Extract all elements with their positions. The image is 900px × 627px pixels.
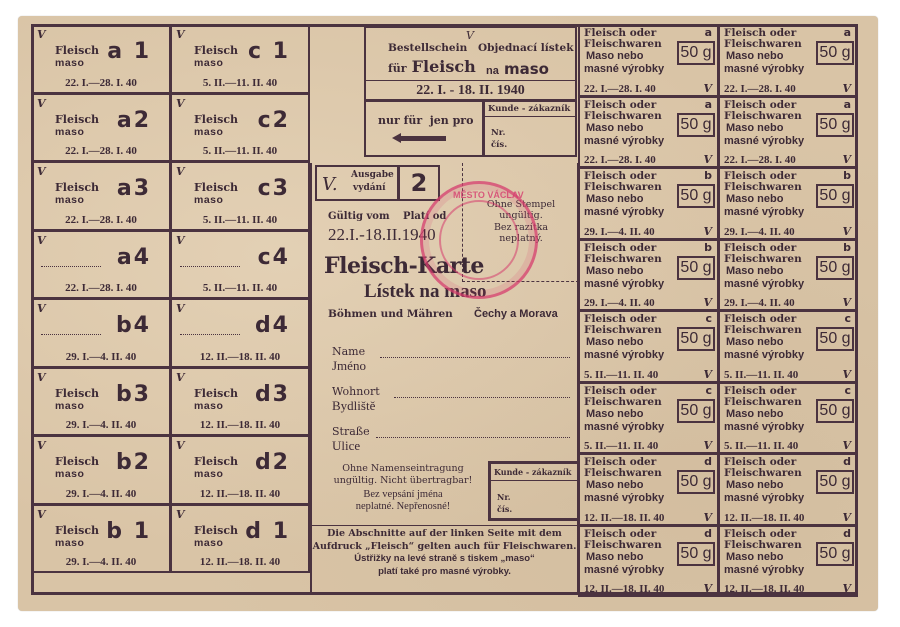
coupon-date: 12. II.—18. II. 40	[172, 351, 308, 363]
coupon-de2: Fleischwaren	[724, 467, 802, 479]
coupon-date: 5. II.—11. II. 40	[172, 145, 308, 157]
coupon-edition-mark: V	[703, 82, 712, 95]
coupon-edition-mark: V	[703, 582, 712, 595]
coupon-cz2: masné výrobky	[584, 492, 664, 504]
coupon-edition-mark: V	[703, 368, 712, 381]
left-coupon[interactable]: VFleischmasod212. II.—18. II. 40	[170, 435, 310, 505]
left-coupon[interactable]: Vd412. II.—18. II. 40	[170, 298, 310, 368]
left-coupon[interactable]: VFleischmasoc25. II.—11. II. 40	[170, 93, 310, 163]
coupon-de2: Fleischwaren	[724, 38, 802, 50]
coupon-amount: 50 g	[677, 113, 715, 137]
coupon-cz1: Maso nebo	[726, 265, 783, 277]
field-street-label-cz: Ulice	[332, 438, 572, 454]
coupon-amount: 50 g	[816, 113, 854, 137]
coupon-cz2: masné výrobky	[584, 63, 664, 75]
coupon-edition-mark: V	[37, 165, 46, 178]
coupon-cz1: Maso nebo	[726, 122, 783, 134]
coupon-amount: 50 g	[677, 184, 715, 208]
customer-bottom-nr: Nr.	[497, 492, 511, 502]
field-name[interactable]: Name Jméno	[332, 345, 572, 375]
order-slip[interactable]: V Bestellschein Objednací lístek für Fle…	[364, 26, 577, 101]
coupon-label-de: Fleisch	[55, 455, 99, 468]
edition-label-de: Ausgabe	[351, 170, 394, 180]
coupon-de2: Fleischwaren	[724, 110, 802, 122]
coupon-label-cz: maso	[194, 57, 238, 70]
left-coupon[interactable]: Vb429. I.—4. II. 40	[31, 298, 171, 368]
order-slip-de-line2: für Fleisch	[388, 57, 476, 76]
field-residence-label-cz: Bydliště	[332, 398, 572, 414]
coupon-date: 12. II.—18. II. 40	[724, 512, 804, 524]
coupon-label-de: Fleisch	[194, 181, 238, 194]
coupon-cz2: masné výrobky	[724, 349, 804, 361]
coupon-period-letter: b	[843, 241, 851, 254]
seal-text: MĚSTO VÁCLAV	[453, 190, 524, 200]
coupon-code: b3	[116, 382, 151, 407]
coupon-period-letter: d	[704, 455, 712, 468]
coupon-date: 22. I.—28. I. 40	[724, 154, 796, 166]
coupon-label-cz: maso	[55, 57, 99, 70]
customer-nr: Nr.	[491, 128, 505, 138]
coupon-edition-mark: V	[842, 225, 851, 238]
coupon-cz2: masné výrobky	[584, 278, 664, 290]
coupon-cz2: masné výrobky	[584, 564, 664, 576]
coupon-code: d2	[255, 450, 290, 475]
coupon-cz2: masné výrobky	[724, 63, 804, 75]
coupon-amount: 50 g	[677, 256, 715, 280]
right-coupon[interactable]: Fleisch oderFleischwarenMaso nebomasné v…	[578, 453, 719, 526]
coupon-code: b4	[116, 313, 151, 338]
coupon-cz1: Maso nebo	[726, 479, 783, 491]
right-coupon[interactable]: Fleisch oderFleischwarenMaso nebomasné v…	[718, 310, 858, 383]
coupon-date: 5. II.—11. II. 40	[172, 282, 308, 294]
order-slip-fur: für	[388, 62, 407, 75]
coupon-date: 29. I.—4. II. 40	[584, 226, 655, 238]
coupon-label-cz: maso	[194, 468, 238, 481]
coupon-cz2: masné výrobky	[724, 278, 804, 290]
coupon-date: 12. II.—18. II. 40	[172, 488, 308, 500]
coupon-cz1: Maso nebo	[726, 336, 783, 348]
coupon-cz1: Maso nebo	[586, 479, 643, 491]
coupon-cz1: Maso nebo	[726, 193, 783, 205]
coupon-de2: Fleischwaren	[724, 396, 802, 408]
coupon-edition-mark: V	[176, 97, 185, 110]
coupon-de2: Fleischwaren	[584, 539, 662, 551]
coupon-label-de: Fleisch	[55, 44, 99, 57]
coupon-edition-mark: V	[703, 511, 712, 524]
coupon-period-letter: d	[843, 527, 851, 540]
coupon-cz2: masné výrobky	[724, 206, 804, 218]
coupon-de2: Fleischwaren	[724, 324, 802, 336]
coupon-edition-mark: V	[176, 234, 185, 247]
footer-line2: Aufdruck „Fleisch“ gelten auch für Fleis…	[312, 541, 577, 554]
coupon-code: a2	[117, 108, 151, 133]
coupon-edition-mark: V	[37, 97, 46, 110]
coupon-date: 29. I.—4. II. 40	[584, 297, 655, 309]
coupon-label-de: Fleisch	[194, 455, 238, 468]
coupon-date: 12. II.—18. II. 40	[172, 556, 308, 568]
coupon-date: 29. I.—4. II. 40	[33, 351, 169, 363]
coupon-date: 5. II.—11. II. 40	[172, 77, 308, 89]
coupon-date: 22. I.—28. I. 40	[33, 214, 169, 226]
coupon-label: Fleischmaso	[55, 181, 99, 207]
coupon-date: 29. I.—4. II. 40	[33, 556, 169, 568]
coupon-edition-mark: V	[703, 439, 712, 452]
main-card-body: V. Ausgabe vydání 2 Ohne Stempel ungülti…	[310, 163, 579, 595]
customer-title: Kunde - zákazník	[485, 102, 575, 117]
validity-label-de: Gültig vom	[328, 211, 390, 222]
coupon-edition-mark: V	[703, 225, 712, 238]
field-residence-line[interactable]	[394, 397, 570, 398]
coupon-label-cz: maso	[194, 126, 238, 139]
coupon-label: Fleischmaso	[55, 524, 99, 550]
customer-box-top[interactable]: Kunde - zákazník Nr. čís.	[483, 100, 577, 157]
coupon-code: d4	[255, 313, 290, 338]
coupon-label-de: Fleisch	[55, 387, 99, 400]
right-coupon[interactable]: Fleisch oderFleischwarenMaso nebomasné v…	[578, 382, 719, 455]
order-slip-v: V	[466, 29, 474, 42]
coupon-cz2: masné výrobky	[724, 421, 804, 433]
footer-line1: Die Abschnitte auf der linken Seite mit …	[312, 528, 577, 541]
coupon-amount: 50 g	[816, 256, 854, 280]
customer-box-bottom[interactable]: Kunde - zákazník Nr. čís.	[488, 461, 580, 521]
coupon-date: 12. II.—18. II. 40	[724, 583, 804, 595]
coupon-cz1: Maso nebo	[586, 551, 643, 563]
coupon-amount: 50 g	[677, 470, 715, 494]
coupon-label: Fleischmaso	[194, 387, 238, 413]
coupon-amount: 50 g	[816, 327, 854, 351]
edition-box: V. Ausgabe vydání	[315, 165, 399, 201]
coupon-edition-mark: V	[37, 371, 46, 384]
coupon-edition-mark: V	[842, 296, 851, 309]
coupon-label-de: Fleisch	[55, 113, 99, 126]
coupon-label: Fleischmaso	[55, 387, 99, 413]
order-slip-cz-line2: na maso	[486, 59, 549, 78]
coupon-edition-mark: V	[842, 153, 851, 166]
coupon-period-letter: b	[704, 241, 712, 254]
customer-bottom-cis: čís.	[497, 504, 512, 514]
coupon-date: 22. I.—28. I. 40	[33, 77, 169, 89]
coupon-cz2: masné výrobky	[584, 349, 664, 361]
coupon-cz2: masné výrobky	[724, 564, 804, 576]
right-coupon[interactable]: Fleisch oderFleischwarenMaso nebomasné v…	[578, 24, 719, 97]
coupon-date: 22. I.—28. I. 40	[33, 282, 169, 294]
notice-de2: ungültig. Nicht übertragbar!	[318, 475, 488, 487]
coupon-label-cz: maso	[55, 468, 99, 481]
coupon-edition-mark: V	[842, 82, 851, 95]
order-slip-fleisch: Fleisch	[412, 57, 476, 76]
customer-bottom-title: Kunde - zákazník	[491, 464, 577, 481]
coupon-code: b 1	[106, 519, 151, 544]
coupon-edition-mark: V	[176, 302, 185, 315]
edition-number: 2	[400, 167, 438, 199]
coupon-code: a 1	[107, 39, 151, 64]
coupon-period-letter: a	[705, 26, 712, 39]
right-coupon[interactable]: Fleisch oderFleischwarenMaso nebomasné v…	[578, 525, 719, 598]
coupon-edition-mark: V	[37, 302, 46, 315]
field-street-line[interactable]	[376, 437, 570, 438]
coupon-date: 29. I.—4. II. 40	[33, 488, 169, 500]
coupon-label-cz: maso	[55, 126, 99, 139]
right-coupon[interactable]: Fleisch oderFleischwarenMaso nebomasné v…	[718, 525, 858, 598]
coupon-edition-mark: V	[842, 368, 851, 381]
region-cz: Čechy a Morava	[474, 308, 558, 320]
coupon-amount: 50 g	[677, 542, 715, 566]
left-coupon[interactable]: VFleischmasoc 15. II.—11. II. 40	[170, 24, 310, 94]
right-coupon[interactable]: Fleisch oderFleischwarenMaso nebomasné v…	[718, 382, 858, 455]
coupon-code: c2	[258, 108, 290, 133]
left-coupon[interactable]: VFleischmasob329. I.—4. II. 40	[31, 367, 171, 437]
notice-cz2: neplatné. Nepřenosné!	[318, 501, 488, 513]
coupon-edition-mark: V	[37, 234, 46, 247]
coupon-period-letter: d	[843, 455, 851, 468]
coupon-code: d 1	[245, 519, 290, 544]
coupon-date: 5. II.—11. II. 40	[584, 440, 658, 452]
right-coupon[interactable]: Fleisch oderFleischwarenMaso nebomasné v…	[578, 167, 719, 240]
customer-cis: čís.	[491, 140, 507, 150]
coupon-period-letter: c	[705, 312, 712, 325]
coupon-edition-mark: V	[176, 439, 185, 452]
coupon-de2: Fleischwaren	[724, 181, 802, 193]
coupon-period-letter: c	[844, 312, 851, 325]
coupon-label: Fleischmaso	[55, 455, 99, 481]
seal-inner-ring	[439, 200, 519, 280]
arrow-left-icon	[400, 136, 446, 141]
coupon-de2: Fleischwaren	[724, 539, 802, 551]
coupon-amount: 50 g	[816, 542, 854, 566]
coupon-label: Fleischmaso	[55, 44, 99, 70]
coupon-period-letter: d	[704, 527, 712, 540]
coupon-date: 5. II.—11. II. 40	[724, 440, 798, 452]
coupon-amount: 50 g	[816, 470, 854, 494]
coupon-code: c3	[258, 176, 290, 201]
coupon-cz1: Maso nebo	[586, 122, 643, 134]
coupon-code: d3	[255, 382, 290, 407]
coupon-edition-mark: V	[842, 439, 851, 452]
left-coupon[interactable]: VFleischmasoa222. I.—28. I. 40	[31, 93, 171, 163]
coupon-amount: 50 g	[816, 41, 854, 65]
coupon-label: Fleischmaso	[55, 113, 99, 139]
edition-roman: V.	[322, 174, 338, 195]
coupon-date: 12. II.—18. II. 40	[172, 419, 308, 431]
coupon-label-cz: maso	[194, 400, 238, 413]
coupon-date: 5. II.—11. II. 40	[172, 214, 308, 226]
coupon-cz2: masné výrobky	[584, 421, 664, 433]
right-coupon[interactable]: Fleisch oderFleischwarenMaso nebomasné v…	[718, 24, 858, 97]
coupon-period-letter: c	[844, 384, 851, 397]
coupon-label: Fleischmaso	[194, 181, 238, 207]
coupon-date: 5. II.—11. II. 40	[584, 369, 658, 381]
left-coupon[interactable]: VFleischmasob229. I.—4. II. 40	[31, 435, 171, 505]
coupon-date: 29. I.—4. II. 40	[724, 297, 795, 309]
edition-number-box: 2	[398, 165, 440, 201]
coupon-cz1: Maso nebo	[586, 265, 643, 277]
order-slip-divider	[366, 80, 575, 81]
coupon-cz1: Maso nebo	[586, 193, 643, 205]
right-coupon[interactable]: Fleisch oderFleischwarenMaso nebomasné v…	[718, 167, 858, 240]
order-slip-maso: maso	[504, 60, 549, 78]
coupon-cz2: masné výrobky	[724, 135, 804, 147]
left-coupon[interactable]: VFleischmasod 112. II.—18. II. 40	[170, 504, 310, 574]
notice-cz1: Bez vepsání jména	[318, 489, 488, 501]
coupon-amount: 50 g	[677, 41, 715, 65]
field-name-line[interactable]	[380, 357, 570, 358]
coupon-cz2: masné výrobky	[724, 492, 804, 504]
order-slip-period: 22. I. - 18. II. 1940	[366, 83, 575, 99]
notice-de1: Ohne Namenseintragung	[318, 463, 488, 475]
coupon-edition-mark: V	[703, 296, 712, 309]
right-coupon[interactable]: Fleisch oderFleischwarenMaso nebomasné v…	[718, 239, 858, 312]
coupon-de2: Fleischwaren	[584, 110, 662, 122]
coupon-edition-mark: V	[37, 439, 46, 452]
coupon-cz1: Maso nebo	[726, 408, 783, 420]
coupon-label-de: Fleisch	[55, 524, 99, 537]
field-residence[interactable]: Wohnort Bydliště	[332, 385, 572, 415]
coupon-date: 5. II.—11. II. 40	[724, 369, 798, 381]
right-coupon[interactable]: Fleisch oderFleischwarenMaso nebomasné v…	[718, 453, 858, 526]
coupon-de2: Fleischwaren	[724, 253, 802, 265]
left-coupon[interactable]: VFleischmasoa 122. I.—28. I. 40	[31, 24, 171, 94]
right-coupon[interactable]: Fleisch oderFleischwarenMaso nebomasné v…	[578, 310, 719, 383]
coupon-de2: Fleischwaren	[584, 38, 662, 50]
right-coupon[interactable]: Fleisch oderFleischwarenMaso nebomasné v…	[718, 96, 858, 169]
coupon-code: a4	[117, 245, 151, 270]
coupon-date: 22. I.—28. I. 40	[724, 83, 796, 95]
coupon-code: b2	[116, 450, 151, 475]
coupon-de2: Fleischwaren	[584, 396, 662, 408]
left-coupon[interactable]: Va422. I.—28. I. 40	[31, 230, 171, 300]
coupon-label-de: Fleisch	[194, 113, 238, 126]
coupon-edition-mark: V	[37, 508, 46, 521]
coupon-cz1: Maso nebo	[586, 50, 643, 62]
coupon-period-letter: a	[844, 98, 851, 111]
coupon-date: 12. II.—18. II. 40	[584, 583, 664, 595]
coupon-label-de: Fleisch	[194, 524, 238, 537]
coupon-cz1: Maso nebo	[726, 551, 783, 563]
coupon-label-de: Fleisch	[194, 44, 238, 57]
coupon-cz2: masné výrobky	[584, 206, 664, 218]
coupon-de2: Fleischwaren	[584, 181, 662, 193]
left-coupon[interactable]: VFleischmasoc35. II.—11. II. 40	[170, 161, 310, 231]
coupon-date: 22. I.—28. I. 40	[584, 154, 656, 166]
coupon-blank-line	[41, 334, 101, 335]
coupon-period-letter: a	[844, 26, 851, 39]
coupon-code: a3	[117, 176, 151, 201]
coupon-edition-mark: V	[842, 582, 851, 595]
coupon-edition-mark: V	[176, 508, 185, 521]
coupon-period-letter: b	[704, 169, 712, 182]
field-street[interactable]: Straße Ulice	[332, 425, 572, 455]
coupon-label: Fleischmaso	[194, 455, 238, 481]
coupon-date: 29. I.—4. II. 40	[724, 226, 795, 238]
order-slip-de-line1: Bestellschein	[388, 42, 467, 54]
coupon-blank-line	[41, 266, 101, 267]
coupon-label-cz: maso	[55, 537, 99, 550]
footer-note: Die Abschnitte auf der linken Seite mit …	[312, 525, 577, 578]
edition-label-cz: vydání	[353, 183, 386, 193]
official-seal: MĚSTO VÁCLAV	[420, 181, 538, 299]
coupon-amount: 50 g	[677, 399, 715, 423]
coupon-label: Fleischmaso	[194, 113, 238, 139]
coupon-date: 12. II.—18. II. 40	[584, 512, 664, 524]
coupon-edition-mark: V	[176, 165, 185, 178]
coupon-de2: Fleischwaren	[584, 324, 662, 336]
coupon-de2: Fleischwaren	[584, 467, 662, 479]
coupon-label-cz: maso	[194, 537, 238, 550]
only-for-slip: nur für jen pro	[364, 100, 484, 157]
coupon-label-cz: maso	[194, 194, 238, 207]
region-de: Böhmen und Mähren	[328, 308, 453, 320]
order-slip-cz-line1: Objednací lístek	[478, 42, 573, 54]
coupon-amount: 50 g	[816, 399, 854, 423]
coupon-edition-mark: V	[842, 511, 851, 524]
left-coupon[interactable]: Vc45. II.—11. II. 40	[170, 230, 310, 300]
only-for-label: nur für jen pro	[378, 114, 473, 127]
coupon-edition-mark: V	[176, 28, 185, 41]
coupon-edition-mark: V	[37, 28, 46, 41]
coupon-edition-mark: V	[176, 371, 185, 384]
coupon-date: 29. I.—4. II. 40	[33, 419, 169, 431]
coupon-cz1: Maso nebo	[586, 336, 643, 348]
coupon-date: 22. I.—28. I. 40	[33, 145, 169, 157]
coupon-edition-mark: V	[703, 153, 712, 166]
coupon-code: c 1	[248, 39, 290, 64]
coupon-label: Fleischmaso	[194, 524, 238, 550]
coupon-label-cz: maso	[55, 400, 99, 413]
coupon-code: c4	[258, 245, 290, 270]
left-coupon[interactable]: VFleischmasob 129. I.—4. II. 40	[31, 504, 171, 574]
coupon-period-letter: a	[705, 98, 712, 111]
coupon-de2: Fleischwaren	[584, 253, 662, 265]
coupon-label: Fleischmaso	[194, 44, 238, 70]
coupon-period-letter: b	[843, 169, 851, 182]
coupon-period-letter: c	[705, 384, 712, 397]
right-coupon[interactable]: Fleisch oderFleischwarenMaso nebomasné v…	[578, 239, 719, 312]
coupon-amount: 50 g	[816, 184, 854, 208]
notice-block: Ohne Namenseintragung ungültig. Nicht üb…	[318, 463, 488, 513]
coupon-cz1: Maso nebo	[586, 408, 643, 420]
coupon-blank-line	[180, 334, 240, 335]
left-coupon[interactable]: VFleischmasoa322. I.—28. I. 40	[31, 161, 171, 231]
coupon-label-cz: maso	[55, 194, 99, 207]
coupon-date: 22. I.—28. I. 40	[584, 83, 656, 95]
footer-line3: Ústřižky na levé straně s tiskem „maso“	[312, 553, 577, 566]
coupon-cz2: masné výrobky	[584, 135, 664, 147]
coupon-label-de: Fleisch	[194, 387, 238, 400]
left-coupon[interactable]: VFleischmasod312. II.—18. II. 40	[170, 367, 310, 437]
coupon-label-de: Fleisch	[55, 181, 99, 194]
meat-ration-card: VFleischmasoa 122. I.—28. I. 40VFleischm…	[18, 16, 878, 611]
coupon-cz1: Maso nebo	[726, 50, 783, 62]
field-name-label-cz: Jméno	[332, 358, 572, 374]
coupon-blank-line	[180, 266, 240, 267]
order-slip-na: na	[486, 65, 499, 77]
footer-line4: platí také pro masné výrobky.	[312, 566, 577, 579]
right-coupon[interactable]: Fleisch oderFleischwarenMaso nebomasné v…	[578, 96, 719, 169]
coupon-amount: 50 g	[677, 327, 715, 351]
arrow-head-icon	[392, 133, 401, 143]
